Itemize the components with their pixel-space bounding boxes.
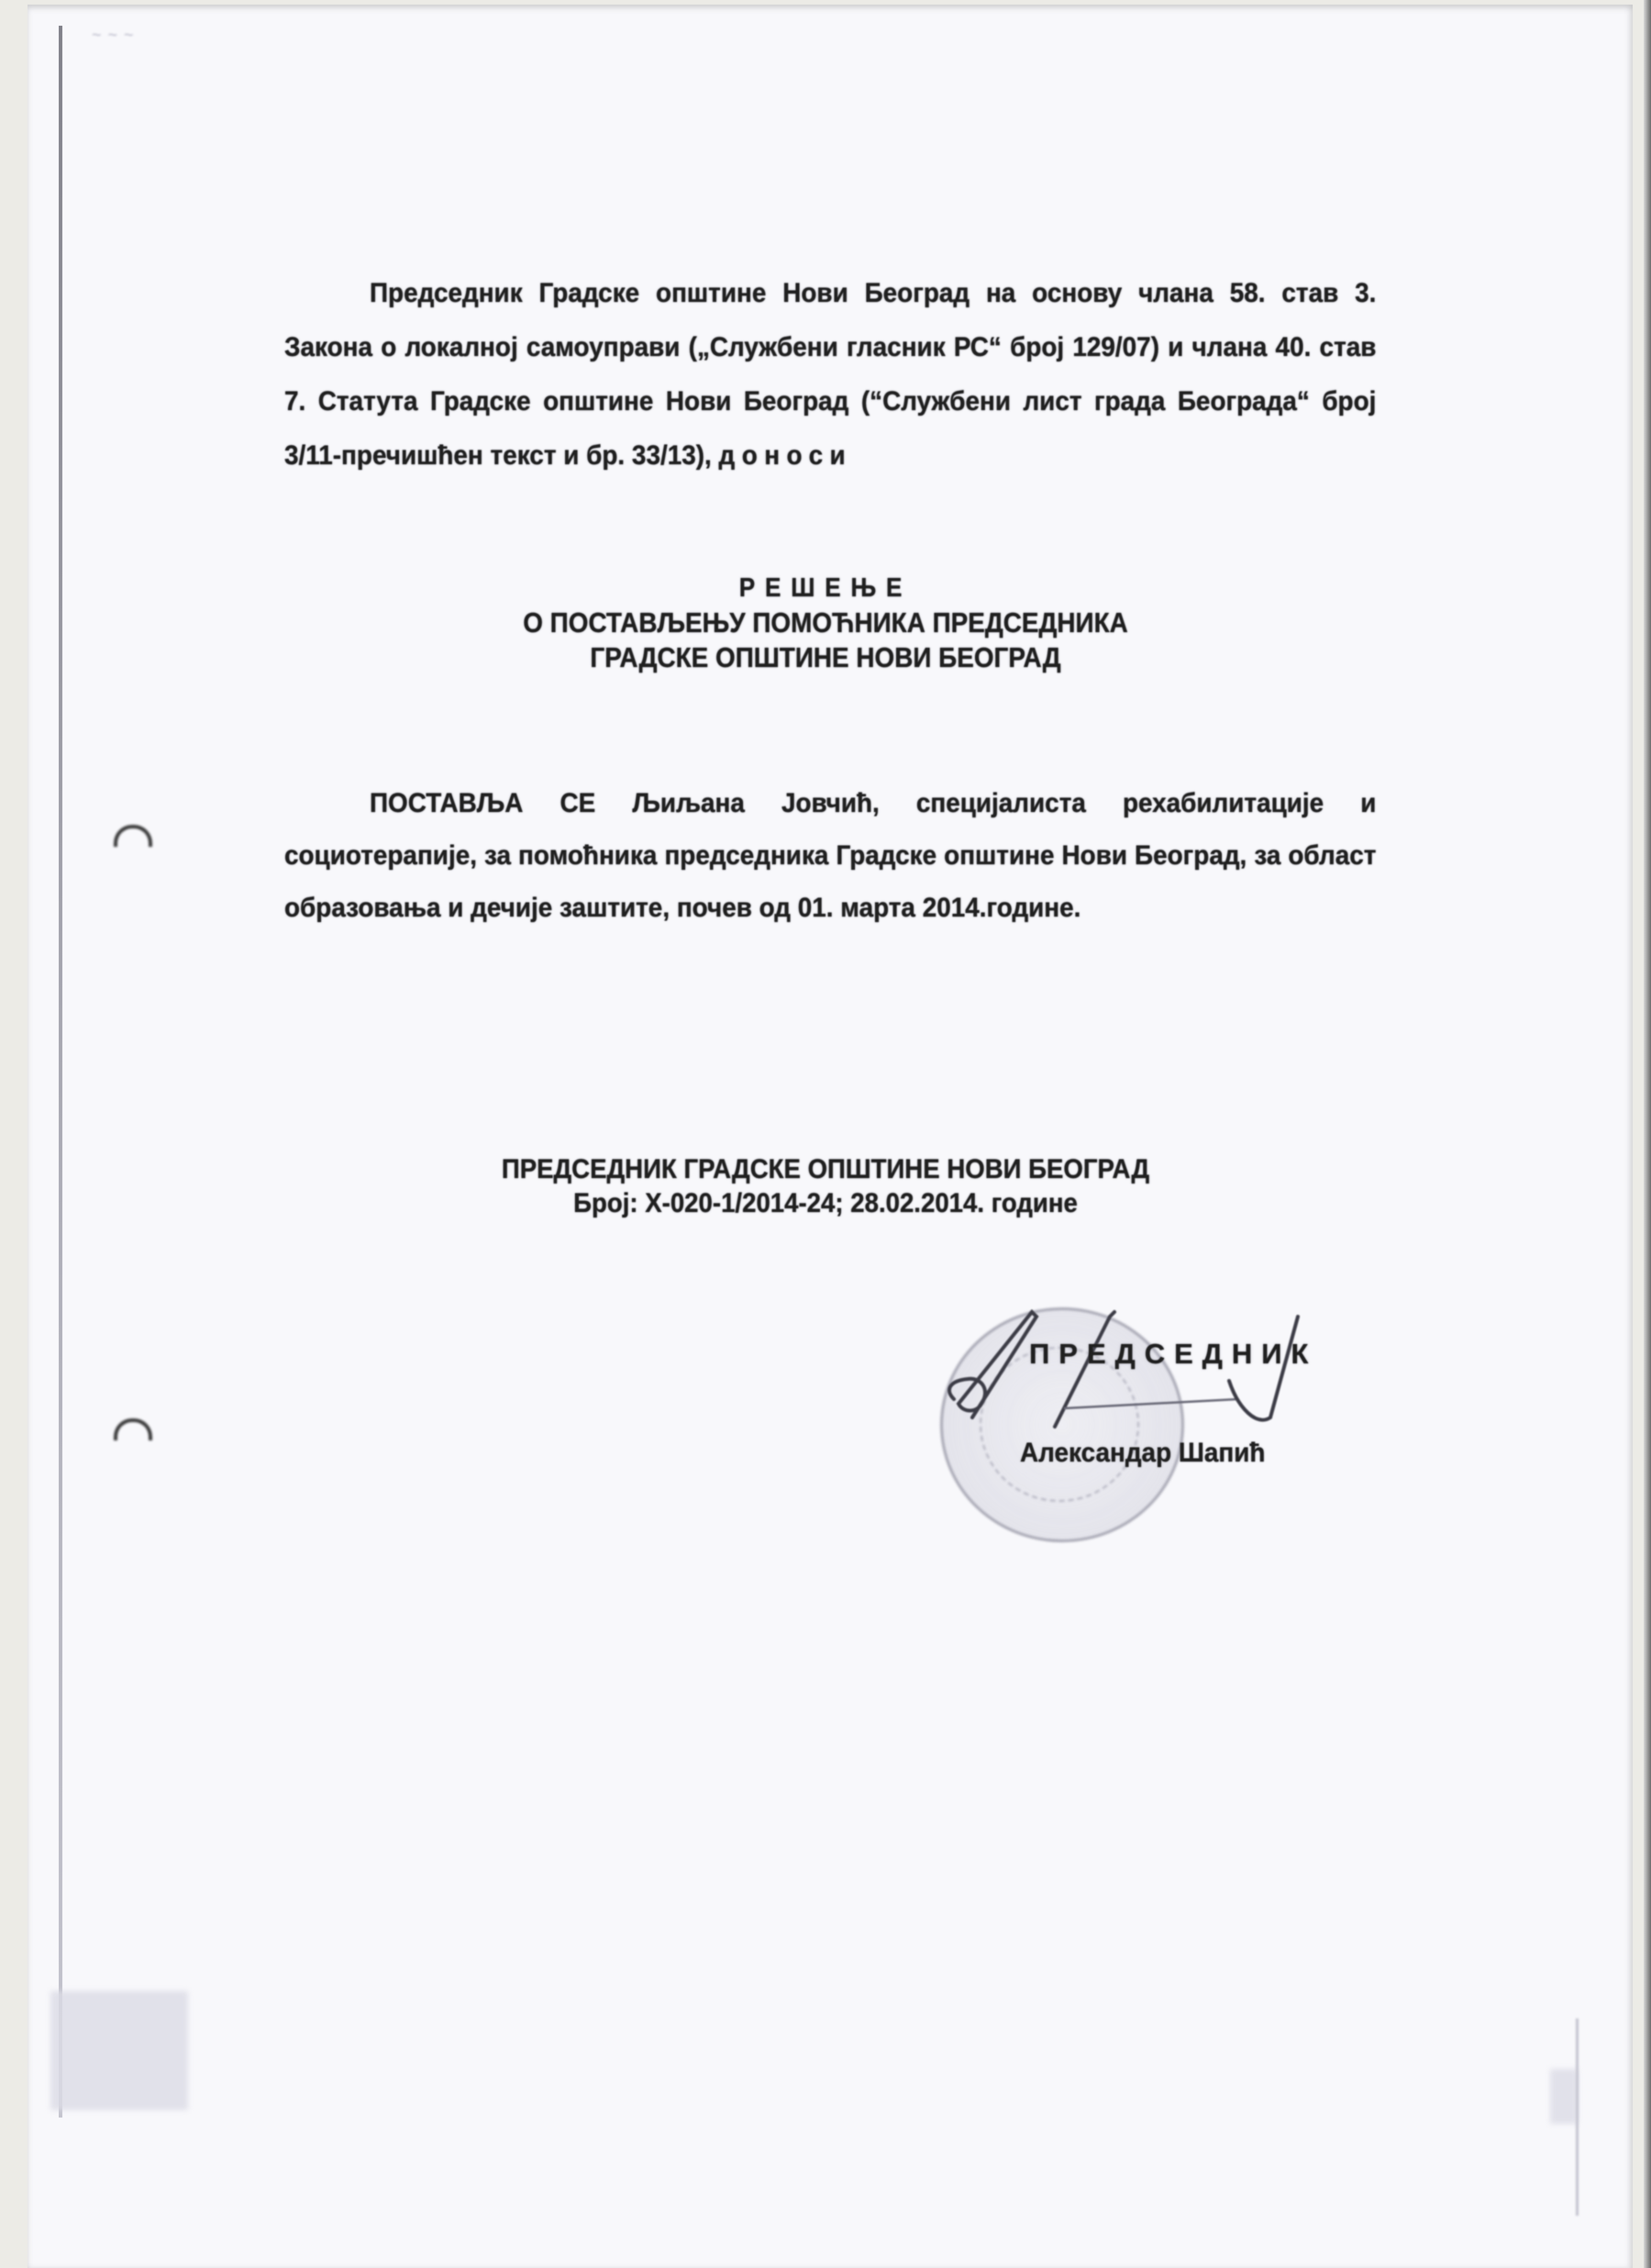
appointment-paragraph: ПОСТАВЉА СЕ Љиљана Јовчић, специјалиста … <box>284 777 1376 934</box>
signer-title: ПРЕДСЕДНИК <box>1029 1338 1317 1371</box>
scan-smudge <box>50 1991 188 2110</box>
corner-scan-mark: ~ ~ ~ <box>92 26 211 59</box>
reference-number: Број: X-020-1/2014-24; 28.02.2014. годин… <box>404 1186 1247 1220</box>
issuer-name: ПРЕДСЕДНИК ГРАДСКЕ ОПШТИНЕ НОВИ БЕОГРАД <box>404 1152 1247 1186</box>
decision-title: РЕШЕЊЕ О ПОСТАВЉЕЊУ ПОМОЋНИКА ПРЕДСЕДНИК… <box>413 571 1238 675</box>
intro-paragraph: Председник Градске општине Нови Београд … <box>284 266 1376 483</box>
scan-artifact-line <box>1576 2018 1579 2216</box>
signer-name: Александар Шапић <box>1020 1438 1265 1469</box>
decision-subtitle-line1: О ПОСТАВЉЕЊУ ПОМОЋНИКА ПРЕДСЕДНИКА <box>413 606 1238 640</box>
scanner-edge <box>1644 0 1651 2268</box>
decision-heading: РЕШЕЊЕ <box>413 571 1238 606</box>
decision-subtitle-line2: ГРАДСКЕ ОПШТИНЕ НОВИ БЕОГРАД <box>413 640 1238 675</box>
scan-smudge <box>1550 2069 1578 2124</box>
intro-verb: доноси <box>719 440 853 471</box>
issuer-block: ПРЕДСЕДНИК ГРАДСКЕ ОПШТИНЕ НОВИ БЕОГРАД … <box>404 1152 1247 1220</box>
left-margin-line <box>59 26 62 2118</box>
